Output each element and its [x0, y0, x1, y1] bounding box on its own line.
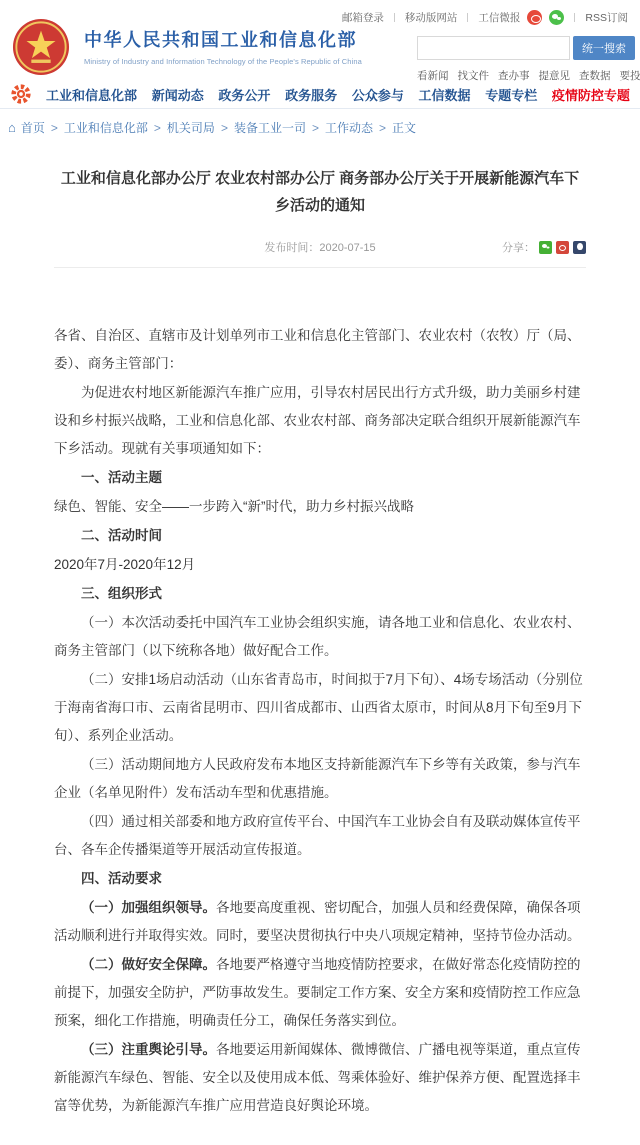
site-subtitle: Ministry of Industry and Information Tec…: [84, 57, 362, 66]
nav-item[interactable]: 疫情防控专题: [552, 85, 630, 104]
paragraph: 各省、自治区、直辖市及计划单列市工业和信息化主管部门、农业农村（农牧）厅（局、委…: [54, 322, 586, 378]
miit-logo-icon: [10, 83, 32, 105]
paragraph: 二、活动时间: [54, 522, 586, 550]
article-meta: 发布时间：2020-07-15 分享：: [54, 239, 586, 255]
qq-share-icon[interactable]: [573, 241, 586, 254]
paragraph: 一、活动主题: [54, 464, 586, 492]
breadcrumb-link[interactable]: 工业和信息化部: [64, 119, 148, 136]
nav-item[interactable]: 公众参与: [352, 85, 404, 104]
breadcrumb-link[interactable]: 机关司局: [167, 119, 215, 136]
paragraph-text: （四）通过相关部委和地方政府宣传平台、中国汽车工业协会自有及联动媒体宣传平台、各…: [54, 814, 581, 857]
breadcrumb-item: >工业和信息化部: [45, 119, 148, 136]
home-icon[interactable]: [8, 121, 16, 134]
wechat-share-icon[interactable]: [539, 241, 552, 254]
site-header: 邮箱登录 移动版网站 工信微报 RSS订阅 中华人民共和国工业和信息化部 Min…: [0, 0, 640, 110]
paragraph-text: 各省、自治区、直辖市及计划单列市工业和信息化主管部门、农业农村（农牧）厅（局、委…: [54, 328, 581, 371]
paragraph-lead: （一）加强组织领导。: [81, 900, 216, 915]
paragraph-text: （三）活动期间地方人民政府发布本地区支持新能源汽车下乡等有关政策，参与汽车企业（…: [54, 757, 581, 800]
paragraph: （四）通过相关部委和地方政府宣传平台、中国汽车工业协会自有及联动媒体宣传平台、各…: [54, 808, 586, 864]
paragraph-text: 为促进农村地区新能源汽车推广应用，引导农村居民出行方式升级，助力美丽乡村建设和乡…: [54, 385, 581, 456]
topbar-item: 工信微报: [457, 10, 520, 25]
paragraph: 三、组织形式: [54, 580, 586, 608]
breadcrumb-list: 首页 >工业和信息化部 >机关司局 >装备工业一司 >工作动态 >正文: [21, 119, 416, 136]
divider: [574, 13, 575, 22]
paragraph-text: （一）本次活动委托中国汽车工业协会组织实施，请各地工业和信息化、农业农村、商务主…: [54, 615, 581, 658]
paragraph-text: 2020年7月-2020年12月: [54, 557, 195, 572]
paragraph: 绿色、智能、安全——一步跨入“新”时代，助力乡村振兴战略: [54, 493, 586, 521]
publish-time-label: 发布时间：: [264, 242, 319, 254]
paragraph-text: 绿色、智能、安全——一步跨入“新”时代，助力乡村振兴战略: [54, 499, 414, 514]
share-icons: [539, 241, 586, 254]
share-bar: 分享：: [502, 239, 586, 255]
topbar-link[interactable]: 移动版网站: [405, 10, 458, 25]
search-area: 统一搜索 看新闻 找文件 查办事 提意见 查数据 要投诉: [417, 36, 640, 83]
breadcrumb-item: >机关司局: [148, 119, 215, 136]
nav-item[interactable]: 工业和信息化部: [46, 85, 137, 104]
breadcrumb-item: >装备工业一司: [215, 119, 306, 136]
article-body: 各省、自治区、直辖市及计划单列市工业和信息化主管部门、农业农村（农牧）厅（局、委…: [54, 322, 586, 1120]
nav-item[interactable]: 新闻动态: [152, 85, 204, 104]
paragraph-text: 四、活动要求: [81, 871, 162, 886]
publish-time: 发布时间：2020-07-15: [264, 242, 375, 254]
main-nav: 工业和信息化部 新闻动态 政务公开 政务服务 公众参与 工信数据 专题专栏 疫情…: [0, 80, 640, 109]
brand-text: 中华人民共和国工业和信息化部 Ministry of Industry and …: [84, 18, 362, 66]
topbar-item: 移动版网站: [384, 10, 458, 25]
topbar-link[interactable]: 工信微报: [478, 10, 520, 25]
nav-item[interactable]: 政务公开: [218, 85, 270, 104]
nav-items: 工业和信息化部 新闻动态 政务公开 政务服务 公众参与 工信数据 专题专栏 疫情…: [46, 85, 630, 104]
article-title: 工业和信息化部办公厅 农业农村部办公厅 商务部办公厅关于开展新能源汽车下乡活动的…: [59, 165, 581, 219]
breadcrumb-item: >正文: [373, 119, 416, 136]
paragraph: （二）安排1场启动活动（山东省青岛市，时间拟于7月下旬）、4场专场活动（分别位于…: [54, 666, 586, 750]
nav-item[interactable]: 专题专栏: [485, 85, 537, 104]
weibo-icon[interactable]: [527, 10, 542, 25]
breadcrumb-separator: >: [312, 121, 319, 135]
breadcrumb-separator: >: [51, 121, 58, 135]
paragraph-lead: （二）做好安全保障。: [81, 957, 216, 972]
site-title: 中华人民共和国工业和信息化部: [84, 26, 362, 52]
breadcrumb-item: 首页: [21, 119, 45, 136]
breadcrumb-link[interactable]: 首页: [21, 119, 45, 136]
site-brand: 中华人民共和国工业和信息化部 Ministry of Industry and …: [12, 18, 362, 76]
unified-search-button[interactable]: 统一搜索: [573, 36, 635, 60]
breadcrumb-item: >工作动态: [306, 119, 373, 136]
paragraph: 2020年7月-2020年12月: [54, 551, 586, 579]
paragraph: 为促进农村地区新能源汽车推广应用，引导农村居民出行方式升级，助力美丽乡村建设和乡…: [54, 379, 586, 463]
breadcrumb-separator: >: [154, 121, 161, 135]
paragraph: （三）活动期间地方人民政府发布本地区支持新能源汽车下乡等有关政策，参与汽车企业（…: [54, 751, 586, 807]
breadcrumb-link[interactable]: 装备工业一司: [234, 119, 306, 136]
paragraph: （三）注重舆论引导。各地要运用新闻媒体、微博微信、广播电视等渠道，重点宣传新能源…: [54, 1036, 586, 1120]
paragraph: （一）本次活动委托中国汽车工业协会组织实施，请各地工业和信息化、农业农村、商务主…: [54, 609, 586, 665]
paragraph: 四、活动要求: [54, 865, 586, 893]
paragraph: （一）加强组织领导。各地要高度重视、密切配合，加强人员和经费保障，确保各项活动顺…: [54, 894, 586, 950]
wechat-icon[interactable]: [549, 10, 564, 25]
publish-date: 2020-07-15: [319, 242, 375, 254]
breadcrumb-separator: >: [221, 121, 228, 135]
breadcrumb-link[interactable]: 正文: [392, 119, 416, 136]
article: 工业和信息化部办公厅 农业农村部办公厅 商务部办公厅关于开展新能源汽车下乡活动的…: [0, 165, 640, 1120]
search-input[interactable]: [417, 36, 570, 60]
paragraph-lead: （三）注重舆论引导。: [81, 1042, 216, 1057]
paragraph: （二）做好安全保障。各地要严格遵守当地疫情防控要求，在做好常态化疫情防控的前提下…: [54, 951, 586, 1035]
breadcrumb-separator: >: [379, 121, 386, 135]
topbar: 邮箱登录 移动版网站 工信微报 RSS订阅: [342, 10, 628, 25]
breadcrumb: 首页 >工业和信息化部 >机关司局 >装备工业一司 >工作动态 >正文: [0, 110, 640, 145]
divider: [54, 267, 586, 268]
rss-link[interactable]: RSS订阅: [585, 10, 628, 25]
share-label: 分享：: [502, 239, 535, 255]
weibo-share-icon[interactable]: [556, 241, 569, 254]
paragraph-text: 三、组织形式: [81, 586, 162, 601]
topbar-links: 邮箱登录 移动版网站 工信微报: [342, 10, 521, 25]
paragraph-text: 一、活动主题: [81, 470, 162, 485]
nav-item[interactable]: 政务服务: [285, 85, 337, 104]
breadcrumb-link[interactable]: 工作动态: [325, 119, 373, 136]
paragraph-text: 二、活动时间: [81, 528, 162, 543]
paragraph-text: （二）安排1场启动活动（山东省青岛市，时间拟于7月下旬）、4场专场活动（分别位于…: [54, 672, 583, 743]
national-emblem: [12, 18, 70, 76]
nav-item[interactable]: 工信数据: [419, 85, 471, 104]
